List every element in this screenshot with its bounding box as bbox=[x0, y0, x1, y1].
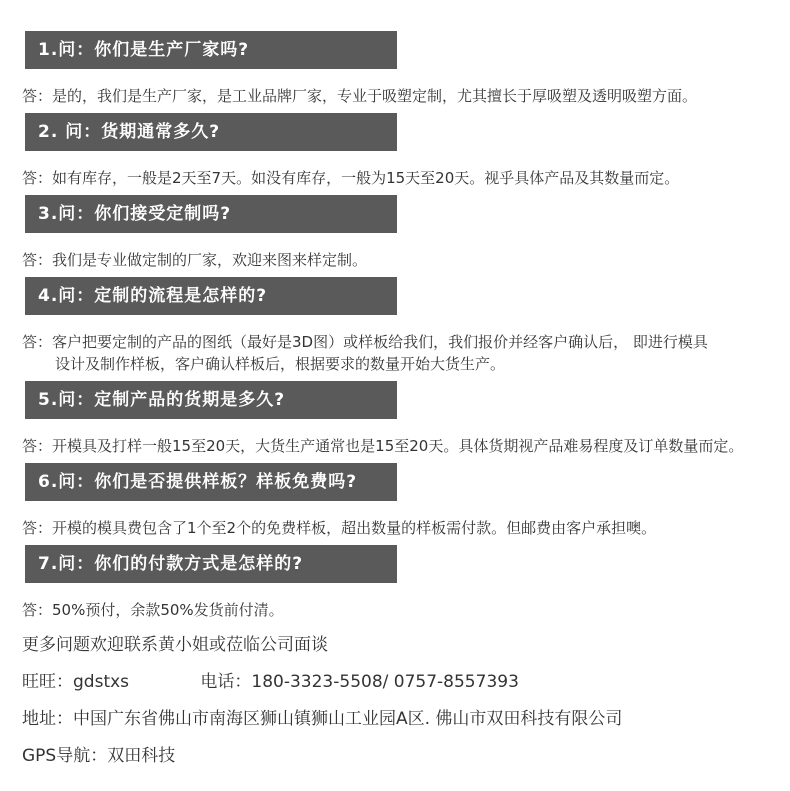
answer-text-4: 答：客户把要定制的产品的图纸（最好是3D图）或样板给我们，我们报价并经客户确认后… bbox=[22, 331, 780, 375]
contact-section: 更多问题欢迎联系黄小姐或莅临公司面谈 旺旺：gdstxs 电话：180-3323… bbox=[22, 634, 790, 767]
answer-text-3: 答：我们是专业做定制的厂家，欢迎来图来样定制。 bbox=[22, 249, 780, 271]
wangwang-value: gdstxs bbox=[73, 672, 129, 692]
answer-text-1: 答：是的，我们是生产厂家，是工业品牌厂家，专业于吸塑定制，尤其擅长于厚吸塑及透明… bbox=[22, 85, 780, 107]
gps-navigation: GPS导航：双田科技 bbox=[22, 745, 790, 767]
contact-more-info: 更多问题欢迎联系黄小姐或莅临公司面谈 bbox=[22, 634, 790, 656]
company-address: 地址：中国广东省佛山市南海区狮山镇狮山工业园A区. 佛山市双田科技有限公司 bbox=[22, 708, 790, 730]
faq-item-7: 7.问：你们的付款方式是怎样的? 答：50%预付，余款50%发货前付清。 bbox=[0, 545, 790, 621]
faq-page: 1.问：你们是生产厂家吗? 答：是的，我们是生产厂家，是工业品牌厂家，专业于吸塑… bbox=[0, 0, 790, 767]
answer-text-7: 答：50%预付，余款50%发货前付清。 bbox=[22, 599, 780, 621]
faq-item-5: 5.问：定制产品的货期是多久? 答：开模具及打样一般15至20天，大货生产通常也… bbox=[0, 381, 790, 457]
faq-item-6: 6.问：你们是否提供样板？样板免费吗? 答：开模的模具费包含了1个至2个的免费样… bbox=[0, 463, 790, 539]
phone-number: 电话：180-3323-5508/ 0757-8557393 bbox=[200, 672, 518, 692]
answer-text-6: 答：开模的模具费包含了1个至2个的免费样板，超出数量的样板需付款。但邮费由客户承… bbox=[22, 517, 780, 539]
faq-item-1: 1.问：你们是生产厂家吗? 答：是的，我们是生产厂家，是工业品牌厂家，专业于吸塑… bbox=[0, 31, 790, 107]
phone-label: 电话： bbox=[200, 672, 251, 692]
wangwang-label: 旺旺： bbox=[22, 672, 73, 692]
question-header-5: 5.问：定制产品的货期是多久? bbox=[25, 381, 397, 419]
question-header-1: 1.问：你们是生产厂家吗? bbox=[25, 31, 397, 69]
question-header-4: 4.问：定制的流程是怎样的? bbox=[25, 277, 397, 315]
question-header-7: 7.问：你们的付款方式是怎样的? bbox=[25, 545, 397, 583]
question-header-3: 3.问：你们接受定制吗? bbox=[25, 195, 397, 233]
faq-item-4: 4.问：定制的流程是怎样的? 答：客户把要定制的产品的图纸（最好是3D图）或样板… bbox=[0, 277, 790, 375]
answer-text-2: 答：如有库存，一般是2天至7天。如没有库存，一般为15天至20天。视乎具体产品及… bbox=[22, 167, 780, 189]
question-header-2: 2. 问：货期通常多久? bbox=[25, 113, 397, 151]
faq-item-2: 2. 问：货期通常多久? 答：如有库存，一般是2天至7天。如没有库存，一般为15… bbox=[0, 113, 790, 189]
answer-text-5: 答：开模具及打样一般15至20天，大货生产通常也是15至20天。具体货期视产品难… bbox=[22, 435, 780, 457]
phone-value: 180-3323-5508/ 0757-8557393 bbox=[251, 672, 518, 692]
faq-item-3: 3.问：你们接受定制吗? 答：我们是专业做定制的厂家，欢迎来图来样定制。 bbox=[0, 195, 790, 271]
question-header-6: 6.问：你们是否提供样板？样板免费吗? bbox=[25, 463, 397, 501]
wangwang-phone-line: 旺旺：gdstxs 电话：180-3323-5508/ 0757-8557393 bbox=[22, 671, 790, 693]
wangwang-id: 旺旺：gdstxs bbox=[22, 671, 195, 693]
